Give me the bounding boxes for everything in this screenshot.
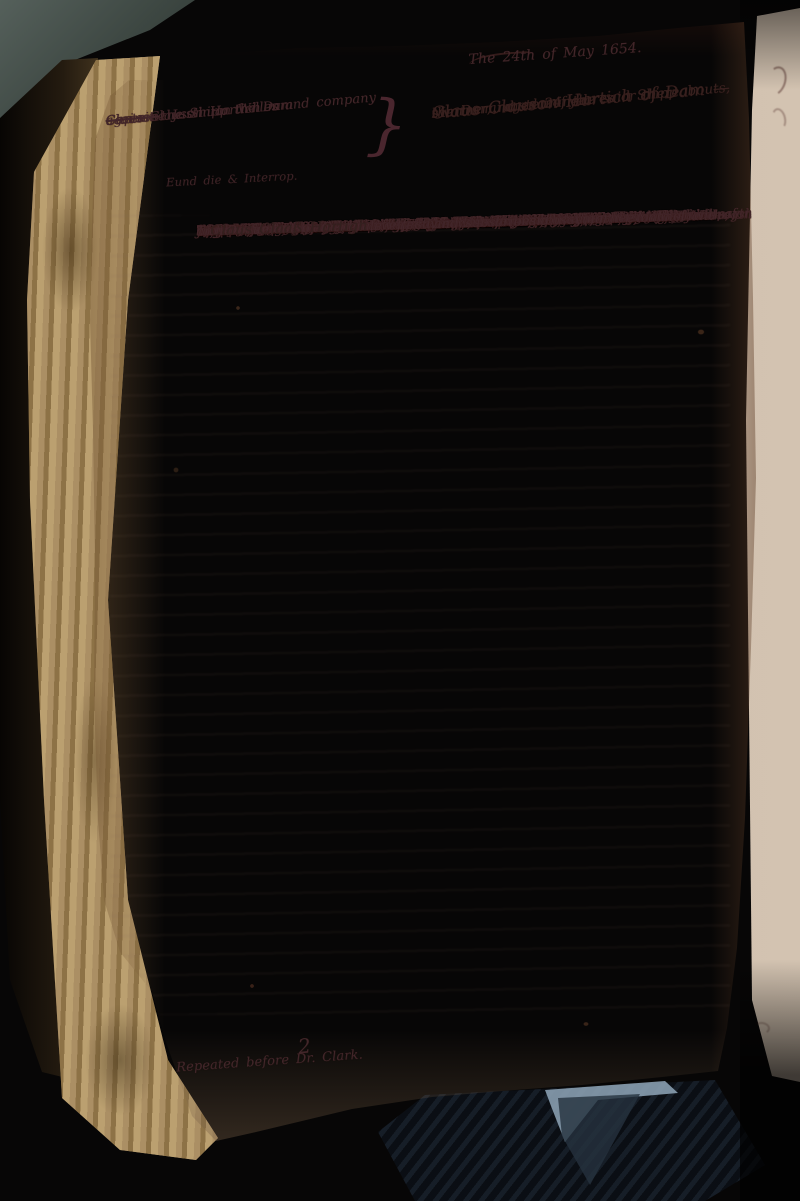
margin-brace: }	[365, 85, 410, 163]
manuscript-photo: Captaine Justinian Willes and company ag…	[0, 0, 800, 1201]
